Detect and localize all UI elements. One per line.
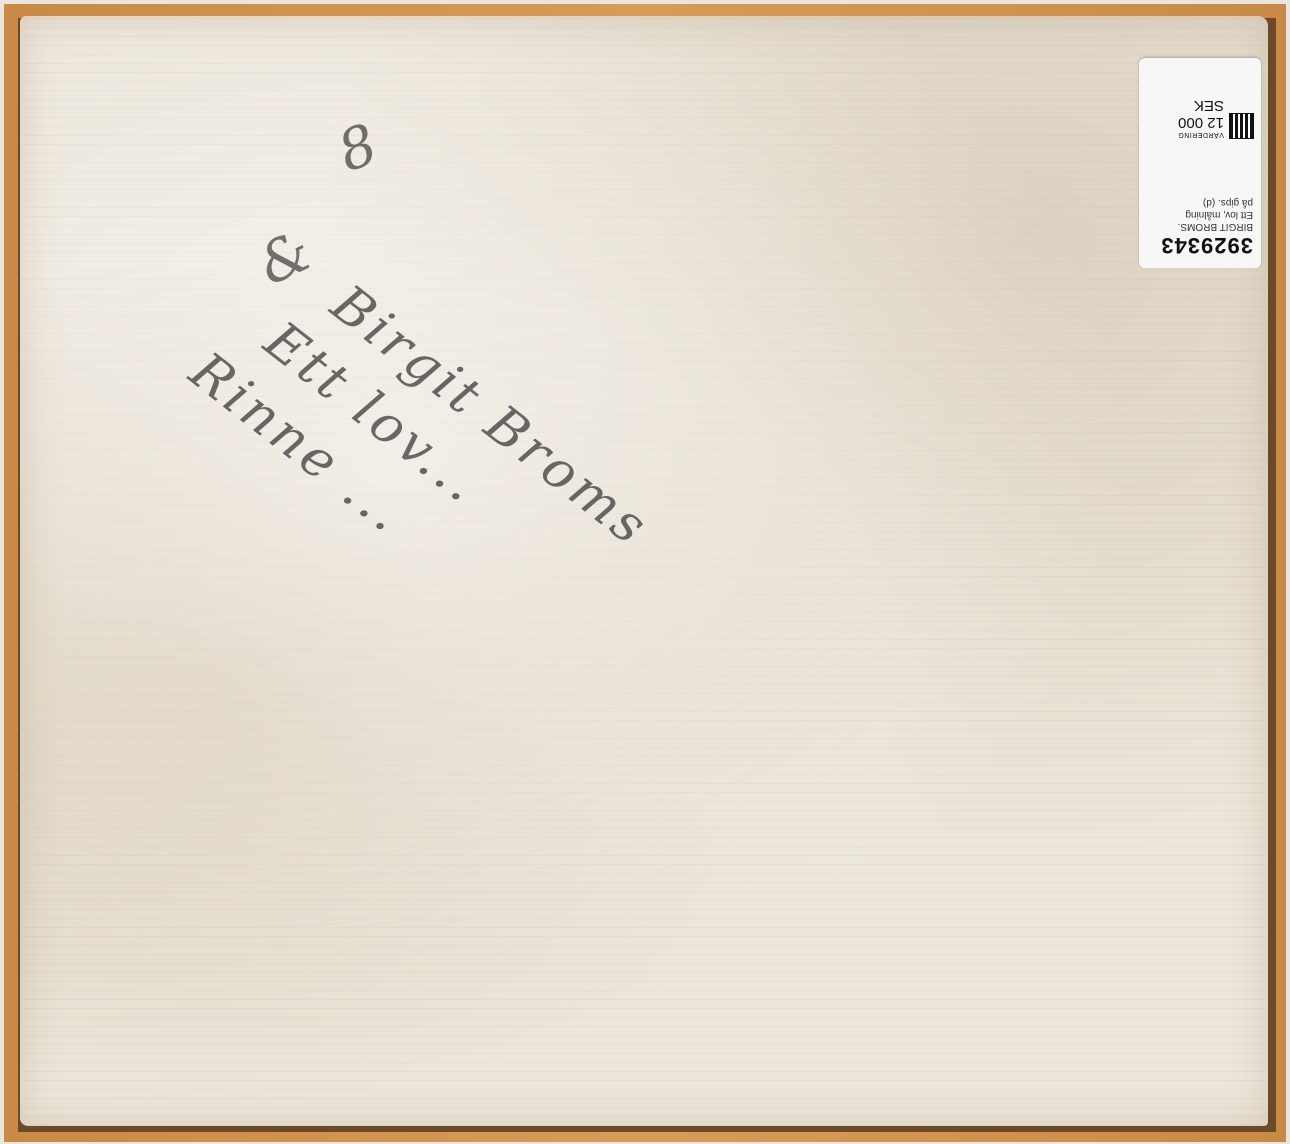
qr-code-icon [1230, 114, 1253, 138]
artist-name: BIRGIT BROMS. [1147, 220, 1253, 232]
plaster-panel: 8 & [20, 16, 1268, 1126]
artwork-medium: på gips. (d) [1147, 196, 1253, 208]
pencil-mark-left: & [249, 219, 322, 299]
lot-number: 3929343 [1147, 232, 1253, 258]
valuation-amount: 12 000 SEK [1147, 97, 1224, 131]
artwork-title: Ett lov, målning [1147, 208, 1253, 220]
pencil-mark-top: 8 [330, 112, 386, 185]
valuation-label: VÄRDERING [1147, 131, 1224, 138]
auction-label: 3929343 BIRGIT BROMS. Ett lov, målning p… [1139, 58, 1261, 268]
